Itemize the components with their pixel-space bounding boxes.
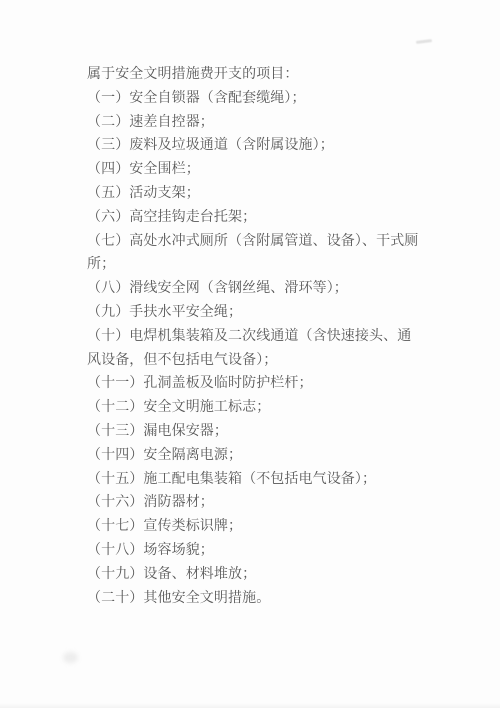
doc-intro-line: 属于安全文明措施费开支的项目： — [87, 63, 427, 87]
doc-line-item-1: （一）安全自锁器（含配套缆绳）； — [87, 87, 427, 111]
doc-line-item-7-wrap: 所； — [87, 253, 427, 277]
doc-line-item-4: （四）安全围栏； — [87, 158, 427, 182]
doc-line-item-2: （二）速差自控器； — [87, 111, 427, 135]
doc-line-item-12: （十二）安全文明施工标志； — [87, 396, 427, 420]
doc-line-item-7: （七）高处水冲式厕所（含附属管道、设备）、干式厕 — [87, 230, 427, 254]
doc-line-item-10-wrap: 风设备，但不包括电气设备）； — [87, 349, 427, 373]
doc-line-item-20: （二十）其他安全文明措施。 — [87, 587, 427, 611]
doc-line-item-8: （八）滑线安全网（含钢丝绳、滑环等）； — [87, 277, 427, 301]
doc-line-item-5: （五）活动支架； — [87, 182, 427, 206]
doc-line-item-13: （十三）漏电保安器； — [87, 420, 427, 444]
doc-line-item-16: （十六）消防器材； — [87, 491, 427, 515]
doc-line-item-19: （十九）设备、材料堆放； — [87, 563, 427, 587]
doc-line-item-9: （九）手扶水平安全绳； — [87, 301, 427, 325]
scan-smudge-bottom-left — [63, 652, 78, 663]
doc-line-item-15: （十五）施工配电集装箱（不包括电气设备）； — [87, 468, 427, 492]
doc-line-item-18: （十八）场容场貌； — [87, 539, 427, 563]
doc-line-item-10: （十）电焊机集装箱及二次线通道（含快速接头、通 — [87, 325, 427, 349]
doc-line-item-14: （十四）安全隔离电源； — [87, 444, 427, 468]
page-bottom-shadow — [0, 703, 500, 708]
doc-line-item-6: （六）高空挂钩走台托架； — [87, 206, 427, 230]
scan-smudge-top-right — [416, 39, 432, 44]
document-text-block: 属于安全文明措施费开支的项目： （一）安全自锁器（含配套缆绳）； （二）速差自控… — [87, 63, 427, 610]
doc-line-item-11: （十一）孔洞盖板及临时防护栏杆； — [87, 372, 427, 396]
doc-line-item-17: （十七）宣传类标识牌； — [87, 515, 427, 539]
doc-line-item-3: （三）废料及垃圾通道（含附属设施）； — [87, 134, 427, 158]
scanned-document-page: 属于安全文明措施费开支的项目： （一）安全自锁器（含配套缆绳）； （二）速差自控… — [0, 0, 500, 708]
